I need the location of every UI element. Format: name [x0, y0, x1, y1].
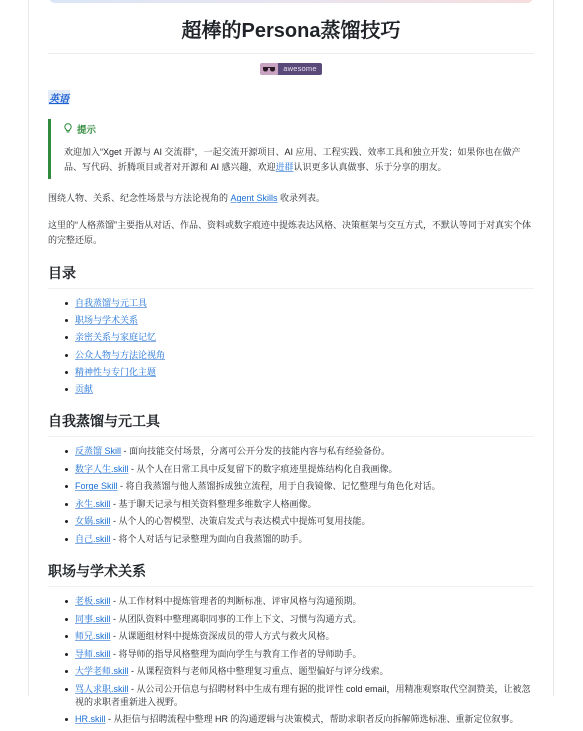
readme-content: 超棒的Persona蒸馏技巧 awesome 英语 [48, 0, 534, 680]
skill-desc: - 从课程资料与老师风格中整理复习重点、题型偏好与评分线索。 [129, 666, 389, 676]
list-item: 自己.skill - 将个人对话与记录整理为面向自我蒸馏的助手。 [75, 533, 534, 546]
skill-link[interactable]: 同事.skill [75, 614, 111, 624]
skill-link[interactable]: 自己.skill [75, 534, 111, 544]
page-title: 超棒的Persona蒸馏技巧 [48, 16, 534, 54]
toc-item: 贡献 [75, 383, 534, 396]
intro-text: 围绕人物、关系、纪念性场景与方法论视角的 [48, 193, 231, 203]
skill-desc: - 从个人的心智模型、决策启发式与表达模式中提炼可复用技能。 [111, 516, 371, 526]
list-item: 老板.skill - 从工作材料中提炼管理者的判断标准、评审风格与沟通预期。 [75, 595, 534, 608]
list-item: 导师.skill - 将导师的指导风格整理为面向学生与教育工作者的导师助手。 [75, 648, 534, 661]
skill-link[interactable]: 师兄.skill [75, 631, 111, 641]
skill-desc: - 从个人在日常工具中反复留下的数字痕迹里提炼结构化自我画像。 [129, 464, 398, 474]
join-group-link[interactable]: 进群 [276, 162, 294, 172]
skill-desc: - 基于聊天记录与相关资料整理多维数字人格画像。 [111, 499, 317, 509]
intro-text-end: 收录列表。 [278, 193, 326, 203]
toc-item: 自我蒸馏与元工具 [75, 297, 534, 310]
toc-item: 公众人物与方法论视角 [75, 349, 534, 362]
badge-row: awesome [48, 63, 534, 77]
toc-item: 亲密关系与家庭记忆 [75, 331, 534, 344]
skill-list-self: 反蒸馏 Skill - 面向技能交付场景，分离可公开分发的技能内容与私有经验备份… [48, 445, 534, 546]
skill-list-workplace: 老板.skill - 从工作材料中提炼管理者的判断标准、评审风格与沟通预期。 同… [48, 595, 534, 680]
callout-title: 提示 [64, 123, 534, 139]
list-item: 女娲.skill - 从个人的心智模型、决策启发式与表达模式中提炼可复用技能。 [75, 515, 534, 528]
document-page: 超棒的Persona蒸馏技巧 awesome 英语 [28, 0, 554, 680]
sunglasses-icon [260, 63, 278, 75]
skill-desc: - 从工作材料中提炼管理者的判断标准、评审风格与沟通预期。 [111, 596, 362, 606]
toc-heading: 目录 [48, 262, 534, 289]
skill-desc: - 从团队资料中整理离职同事的工作上下文、习惯与沟通方式。 [111, 614, 362, 624]
skill-desc: - 将个人对话与记录整理为面向自我蒸馏的助手。 [111, 534, 308, 544]
section-heading-self-distillation: 自我蒸馏与元工具 [48, 410, 534, 437]
language-english-link[interactable]: 英语 [48, 90, 70, 105]
toc-item: 职场与学术关系 [75, 314, 534, 327]
skill-link[interactable]: 反蒸馏 Skill [75, 446, 121, 456]
list-item: 大学老师.skill - 从课程资料与老师风格中整理复习重点、题型偏好与评分线索… [75, 665, 534, 678]
skill-link[interactable]: 老板.skill [75, 596, 111, 606]
skill-desc: - 将自我蒸馏与他人蒸馏拆成独立流程，用于自我镜像、记忆整理与角色化对话。 [118, 481, 441, 491]
toc-link-public-figures[interactable]: 公众人物与方法论视角 [75, 350, 165, 360]
skill-link[interactable]: 大学老师.skill [75, 666, 129, 676]
skill-link[interactable]: 女娲.skill [75, 516, 111, 526]
callout-body: 欢迎加入“Xget 开源与 AI 交流群”，一起交流开源项目、AI 应用、工程实… [64, 145, 534, 175]
list-item: Forge Skill - 将自我蒸馏与他人蒸馏拆成独立流程，用于自我镜像、记忆… [75, 480, 534, 493]
skill-link[interactable]: 永生.skill [75, 499, 111, 509]
toc-link-self-distillation[interactable]: 自我蒸馏与元工具 [75, 298, 147, 308]
skill-desc: - 将导师的指导风格整理为面向学生与教育工作者的导师助手。 [111, 649, 362, 659]
toc-link-intimate[interactable]: 亲密关系与家庭记忆 [75, 332, 156, 342]
agent-skills-link[interactable]: Agent Skills [231, 193, 278, 203]
skill-link[interactable]: Forge Skill [75, 481, 118, 491]
callout-title-text: 提示 [77, 124, 96, 138]
intro-paragraph: 围绕人物、关系、纪念性场景与方法论视角的 Agent Skills 收录列表。 [48, 191, 534, 206]
list-item: 数字人生.skill - 从个人在日常工具中反复留下的数字痕迹里提炼结构化自我画… [75, 463, 534, 476]
list-item: 师兄.skill - 从课题组材料中提炼资深成员的带人方式与救火风格。 [75, 630, 534, 643]
skill-desc: - 从课题组材料中提炼资深成员的带人方式与救火风格。 [111, 631, 335, 641]
list-item: 反蒸馏 Skill - 面向技能交付场景，分离可公开分发的技能内容与私有经验备份… [75, 445, 534, 458]
toc-item: 精神性与专门化主题 [75, 366, 534, 379]
toc-link-contributing[interactable]: 贡献 [75, 384, 93, 394]
definition-paragraph: 这里的“人格蒸馏”主要指从对话、作品、资料或数字痕迹中提炼表达风格、决策框架与交… [48, 218, 534, 248]
callout-text-end: 认识更多认真做事、乐于分享的朋友。 [294, 162, 447, 172]
list-item: 同事.skill - 从团队资料中整理离职同事的工作上下文、习惯与沟通方式。 [75, 613, 534, 626]
skill-link[interactable]: 数字人生.skill [75, 464, 129, 474]
list-item: 永生.skill - 基于聊天记录与相关资料整理多维数字人格画像。 [75, 498, 534, 511]
tip-callout: 提示 欢迎加入“Xget 开源与 AI 交流群”，一起交流开源项目、AI 应用、… [48, 119, 534, 179]
awesome-badge[interactable]: awesome [260, 63, 322, 75]
skill-desc: - 面向技能交付场景，分离可公开分发的技能内容与私有经验备份。 [121, 446, 390, 456]
lightbulb-icon [64, 123, 72, 139]
toc-list: 自我蒸馏与元工具 职场与学术关系 亲密关系与家庭记忆 公众人物与方法论视角 精神… [48, 297, 534, 396]
section-heading-workplace: 职场与学术关系 [48, 560, 534, 587]
toc-link-workplace[interactable]: 职场与学术关系 [75, 315, 138, 325]
toc-link-spirituality[interactable]: 精神性与专门化主题 [75, 367, 156, 377]
skill-link[interactable]: 导师.skill [75, 649, 111, 659]
badge-label: awesome [278, 63, 322, 75]
